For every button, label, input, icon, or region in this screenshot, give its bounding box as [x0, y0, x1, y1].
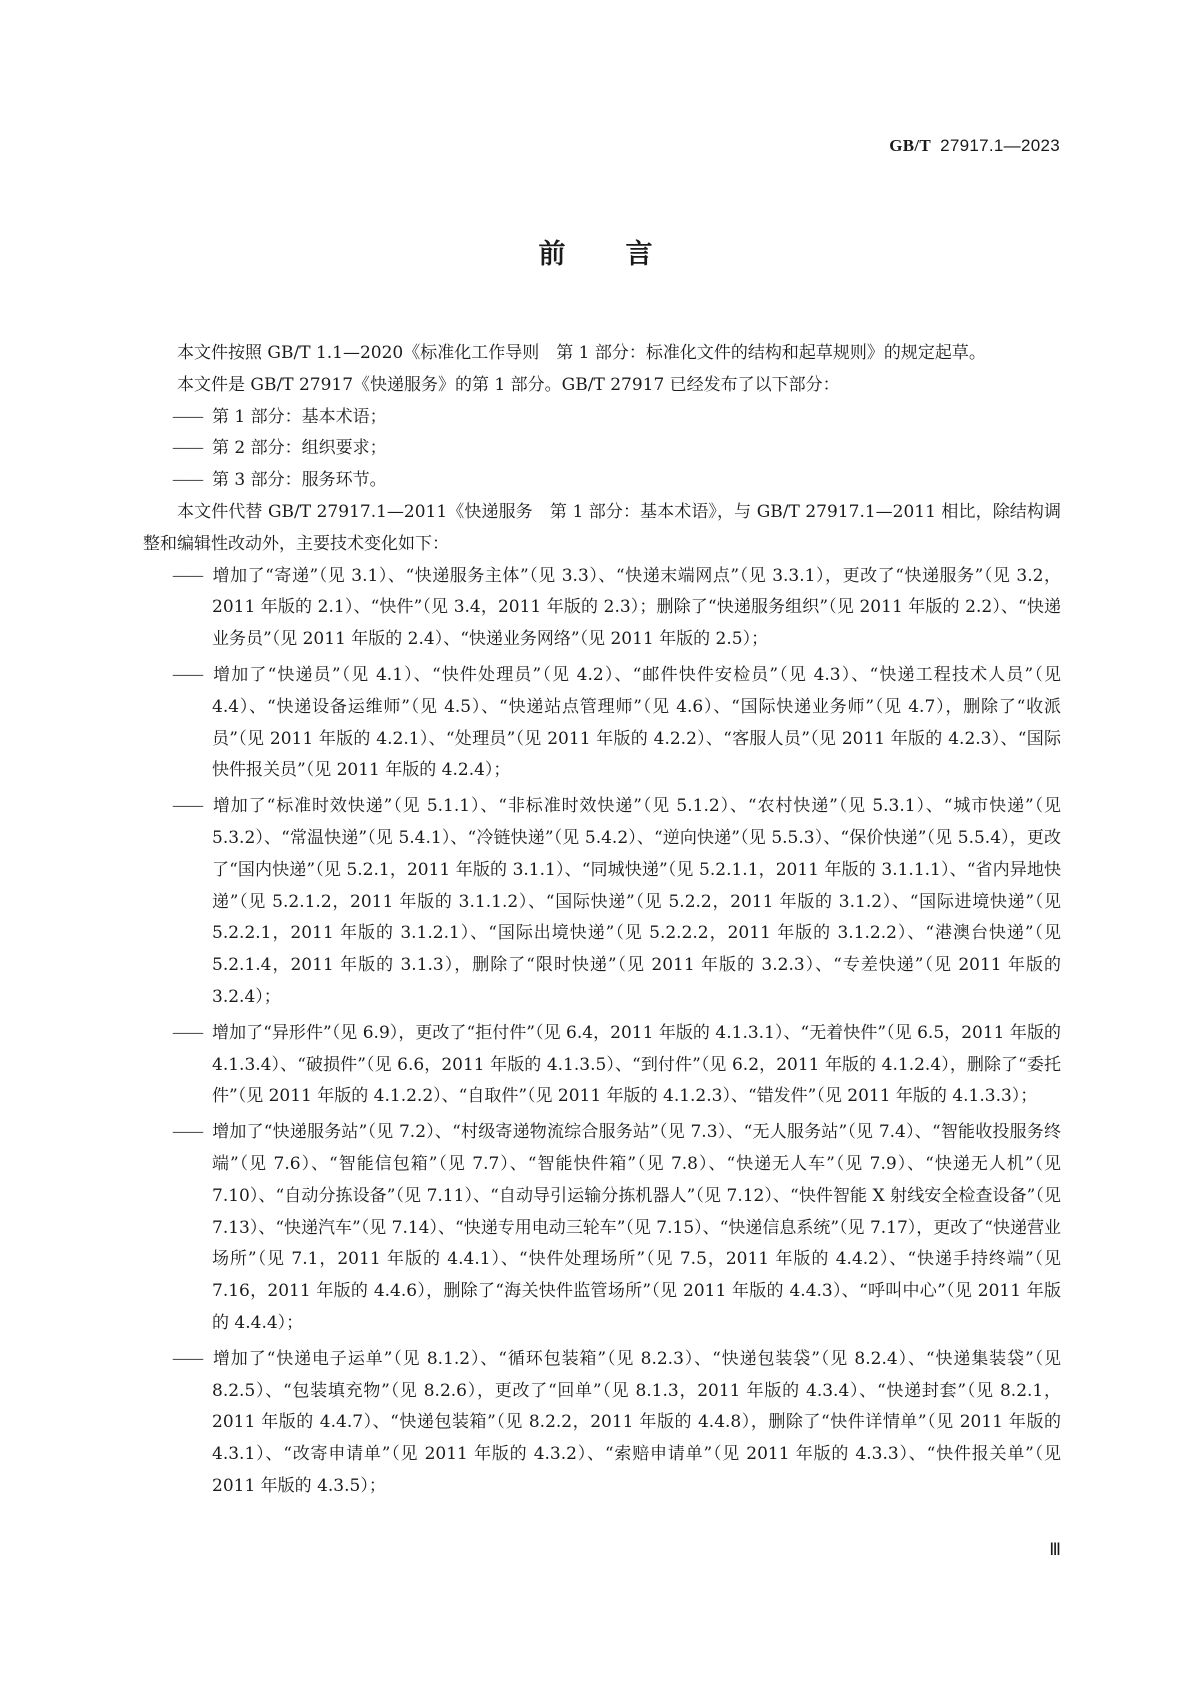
list-item-part: ——第 2 部分：组织要求； — [143, 433, 1061, 465]
document-body: 本文件按照 GB/T 1.1—2020《标准化工作导则 第 1 部分：标准化文件… — [143, 338, 1061, 1503]
paragraph-replacement: 本文件代替 GB/T 27917.1—2011《快递服务 第 1 部分：基本术语… — [143, 497, 1061, 561]
list-item-part: ——第 3 部分：服务环节。 — [143, 465, 1061, 497]
dash-mark: —— — [172, 660, 212, 692]
list-item-change: ——增加了“异形件”（见 6.9），更改了“拒付件”（见 6.4，2011 年版… — [143, 1018, 1061, 1113]
dash-mark: —— — [172, 433, 212, 465]
dash-mark: —— — [172, 465, 212, 497]
document-code-number: 27917.1—2023 — [940, 136, 1060, 155]
dash-mark: —— — [172, 561, 212, 593]
list-item-change: ——增加了“标准时效快递”（见 5.1.1）、“非标准时效快递”（见 5.1.2… — [143, 791, 1061, 1014]
document-code-prefix: GB/T — [889, 136, 931, 155]
list-item-change: ——增加了“快递电子运单”（见 8.1.2）、“循环包装箱”（见 8.2.3）、… — [143, 1344, 1061, 1503]
page-number: Ⅲ — [1049, 1540, 1061, 1560]
dash-mark: —— — [172, 1344, 212, 1376]
list-item-change: ——增加了“快递服务站”（见 7.2）、“村级寄递物流综合服务站”（见 7.3）… — [143, 1117, 1061, 1340]
list-item-change: ——增加了“寄递”（见 3.1）、“快递服务主体”（见 3.3）、“快递末端网点… — [143, 561, 1061, 656]
list-item-part: ——第 1 部分：基本术语； — [143, 402, 1061, 434]
dash-mark: —— — [172, 1018, 212, 1050]
page-title: 前言 — [0, 232, 1191, 271]
document-code: GB/T 27917.1—2023 — [889, 136, 1060, 156]
list-item-change: ——增加了“快递员”（见 4.1）、“快件处理员”（见 4.2）、“邮件快件安检… — [143, 660, 1061, 787]
dash-mark: —— — [172, 402, 212, 434]
paragraph-series: 本文件是 GB/T 27917《快递服务》的第 1 部分。GB/T 27917 … — [143, 370, 1061, 402]
paragraph-basis: 本文件按照 GB/T 1.1—2020《标准化工作导则 第 1 部分：标准化文件… — [143, 338, 1061, 370]
dash-mark: —— — [172, 1117, 212, 1149]
dash-mark: —— — [172, 791, 212, 823]
